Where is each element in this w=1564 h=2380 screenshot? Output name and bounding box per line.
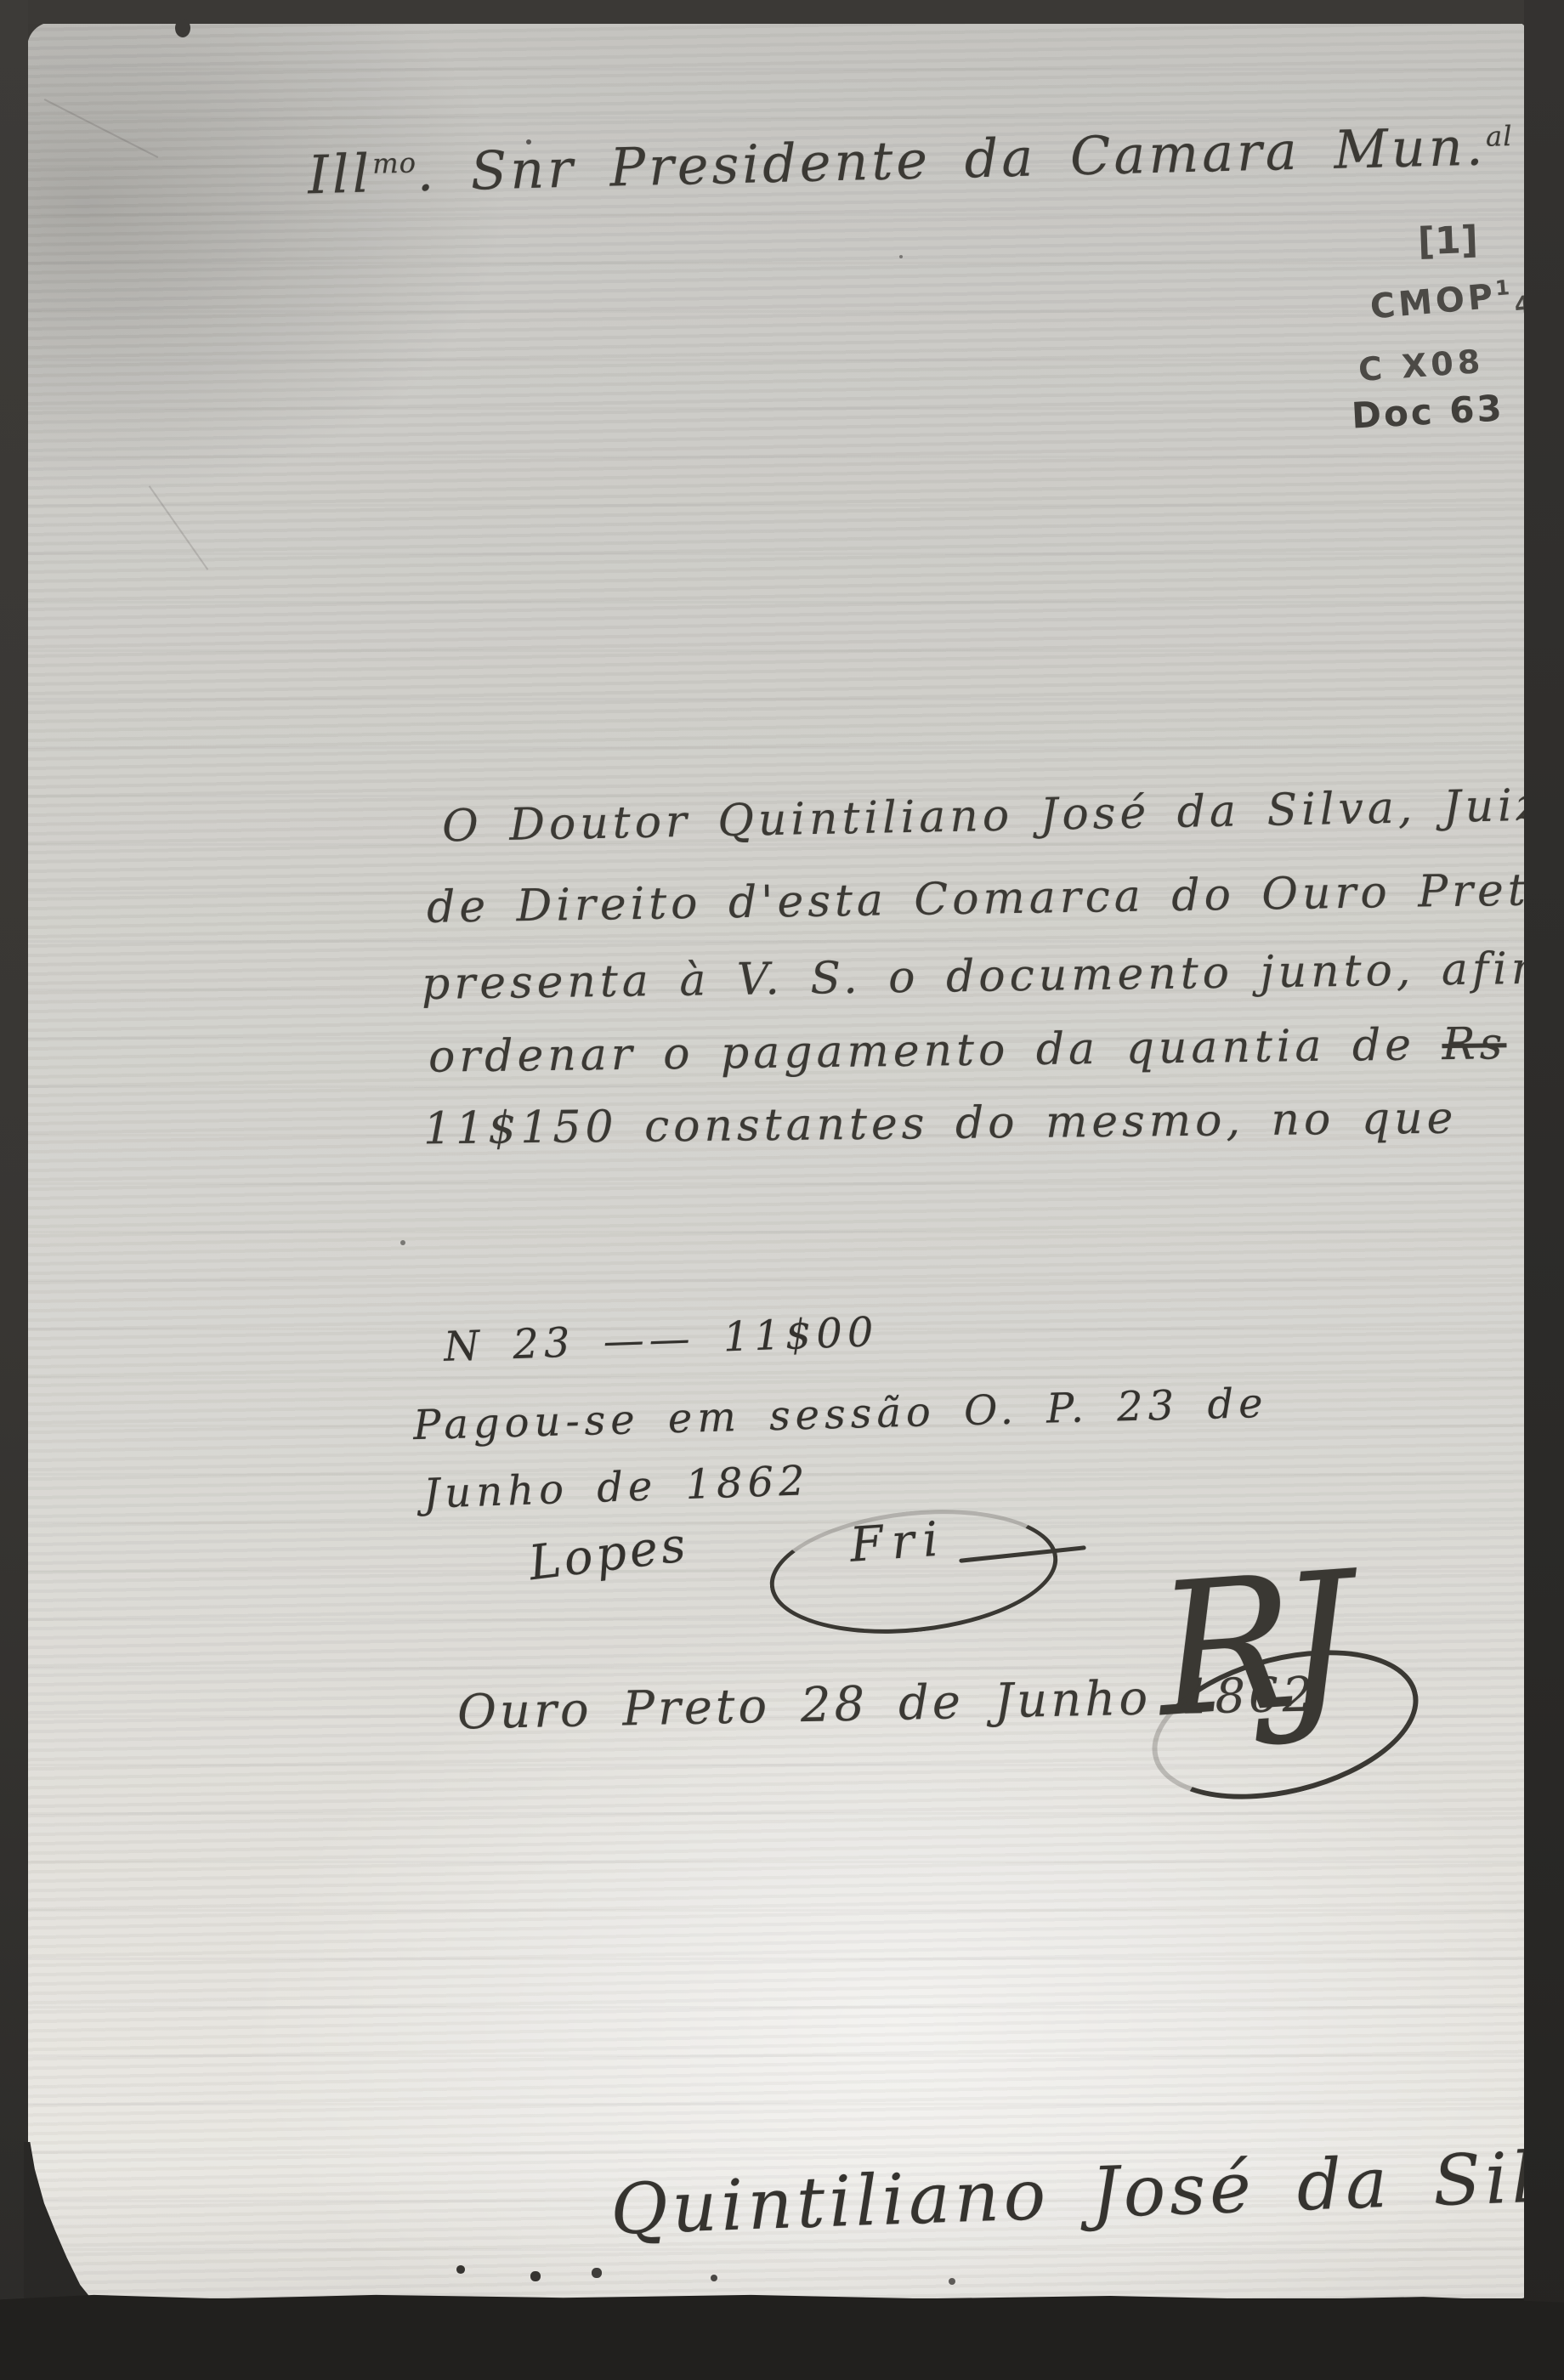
scan-border-right [1524,0,1564,2380]
body-line-5: 11$150 constantes do mesmo, no que [423,1093,1458,1155]
scan-border-left [0,0,28,2380]
heading-superscript-mo: mo [372,147,417,180]
fonds-superscript: 1 [1494,275,1514,301]
scanned-manuscript-page: { "scan": { "heading": { "p1": "Ill", "p… [0,0,1564,2380]
heading-superscript-al: al [1486,120,1513,153]
reis-currency-symbol: Rs [1442,1018,1507,1070]
scan-border-top [0,0,1564,24]
scan-border-bottom [0,2286,1564,2380]
fonds-subscript: 4 [1513,290,1535,320]
heading-text: Ill [307,142,373,206]
rubric-signature: Fri [848,1511,949,1573]
archival-page-number: [1] [1417,218,1479,263]
paper-specks [0,0,3,3]
archival-doc-number: Doc 63 [1351,387,1505,436]
paper-sheet [27,22,1527,2298]
